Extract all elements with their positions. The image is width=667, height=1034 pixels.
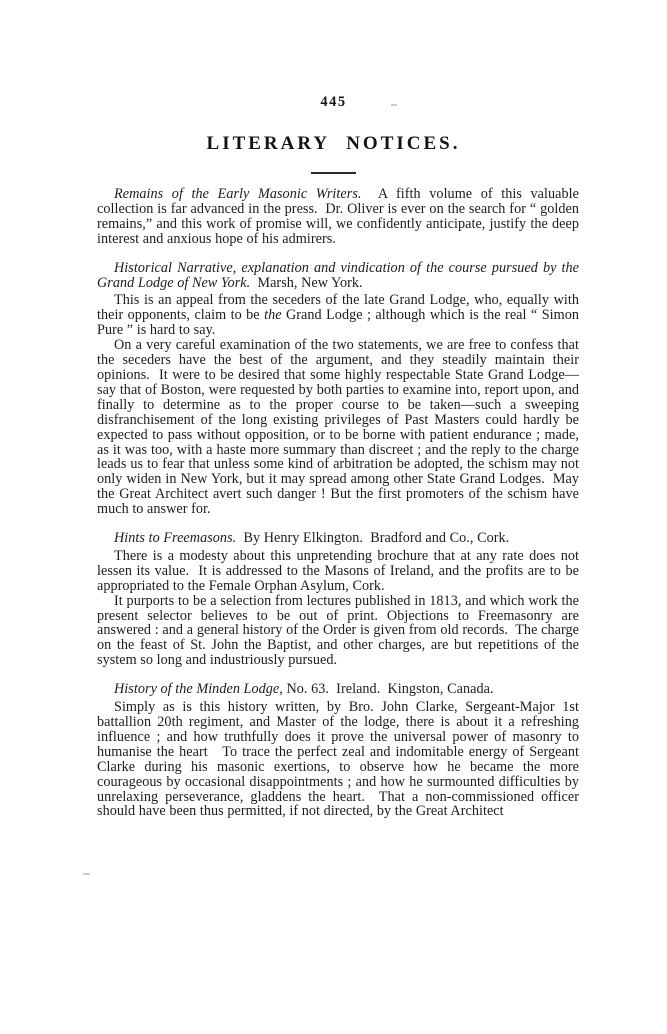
notice-hints-to-freemasons: Hints to Freemasons. By Henry Elkington.…: [97, 531, 579, 668]
paragraph: Simply as is this history written, by Br…: [97, 700, 579, 819]
notice-heading: Historical Narrative, explanation and vi…: [97, 261, 579, 291]
italic-text: Hints to Freemasons.: [114, 530, 236, 546]
paragraph: It purports to be a selection from lectu…: [97, 594, 579, 669]
notice-heading: Hints to Freemasons. By Henry Elkington.…: [97, 531, 579, 546]
scanned-book-page: 445 LITERARY NOTICES. Remains of the Ear…: [0, 0, 667, 1034]
paragraph: There is a modesty about this unpretendi…: [97, 549, 579, 594]
body-text: Marsh, New York.: [250, 275, 362, 291]
notice-remains-of-the-early-masonic-writers: Remains of the Early Masonic Writers. A …: [97, 187, 579, 247]
body-text: Simply as is this history written, by Br…: [97, 699, 579, 819]
body-text: It purports to be a selection from lectu…: [97, 593, 579, 669]
notice-history-of-the-minden-lodge: History of the Minden Lodge, No. 63. Ire…: [97, 682, 579, 819]
italic-text: the: [264, 307, 281, 323]
notices: Remains of the Early Masonic Writers. A …: [97, 187, 579, 819]
paragraph: Remains of the Early Masonic Writers. A …: [97, 187, 579, 247]
notice-heading: History of the Minden Lodge, No. 63. Ire…: [97, 682, 579, 697]
scan-artifact: [391, 104, 397, 106]
notice-historical-narrative-grand-lodge-new-york: Historical Narrative, explanation and vi…: [97, 261, 579, 517]
body-text: There is a modesty about this unpretendi…: [97, 548, 579, 594]
body-text: No. 63. Ireland. Kingston, Canada.: [283, 681, 494, 697]
paragraph: On a very careful examination of the two…: [97, 338, 579, 517]
page-title: LITERARY NOTICES.: [0, 133, 667, 155]
page-number: 445: [0, 94, 667, 111]
italic-text: History of the Minden Lodge,: [114, 681, 283, 697]
scan-artifact: [83, 873, 90, 875]
italic-text: Remains of the Early Masonic Writers.: [114, 186, 362, 202]
body-text: On a very careful examination of the two…: [97, 337, 579, 517]
title-rule: [311, 172, 356, 174]
body-text: By Henry Elkington. Bradford and Co., Co…: [236, 530, 509, 546]
paragraph: This is an appeal from the seceders of t…: [97, 293, 579, 338]
